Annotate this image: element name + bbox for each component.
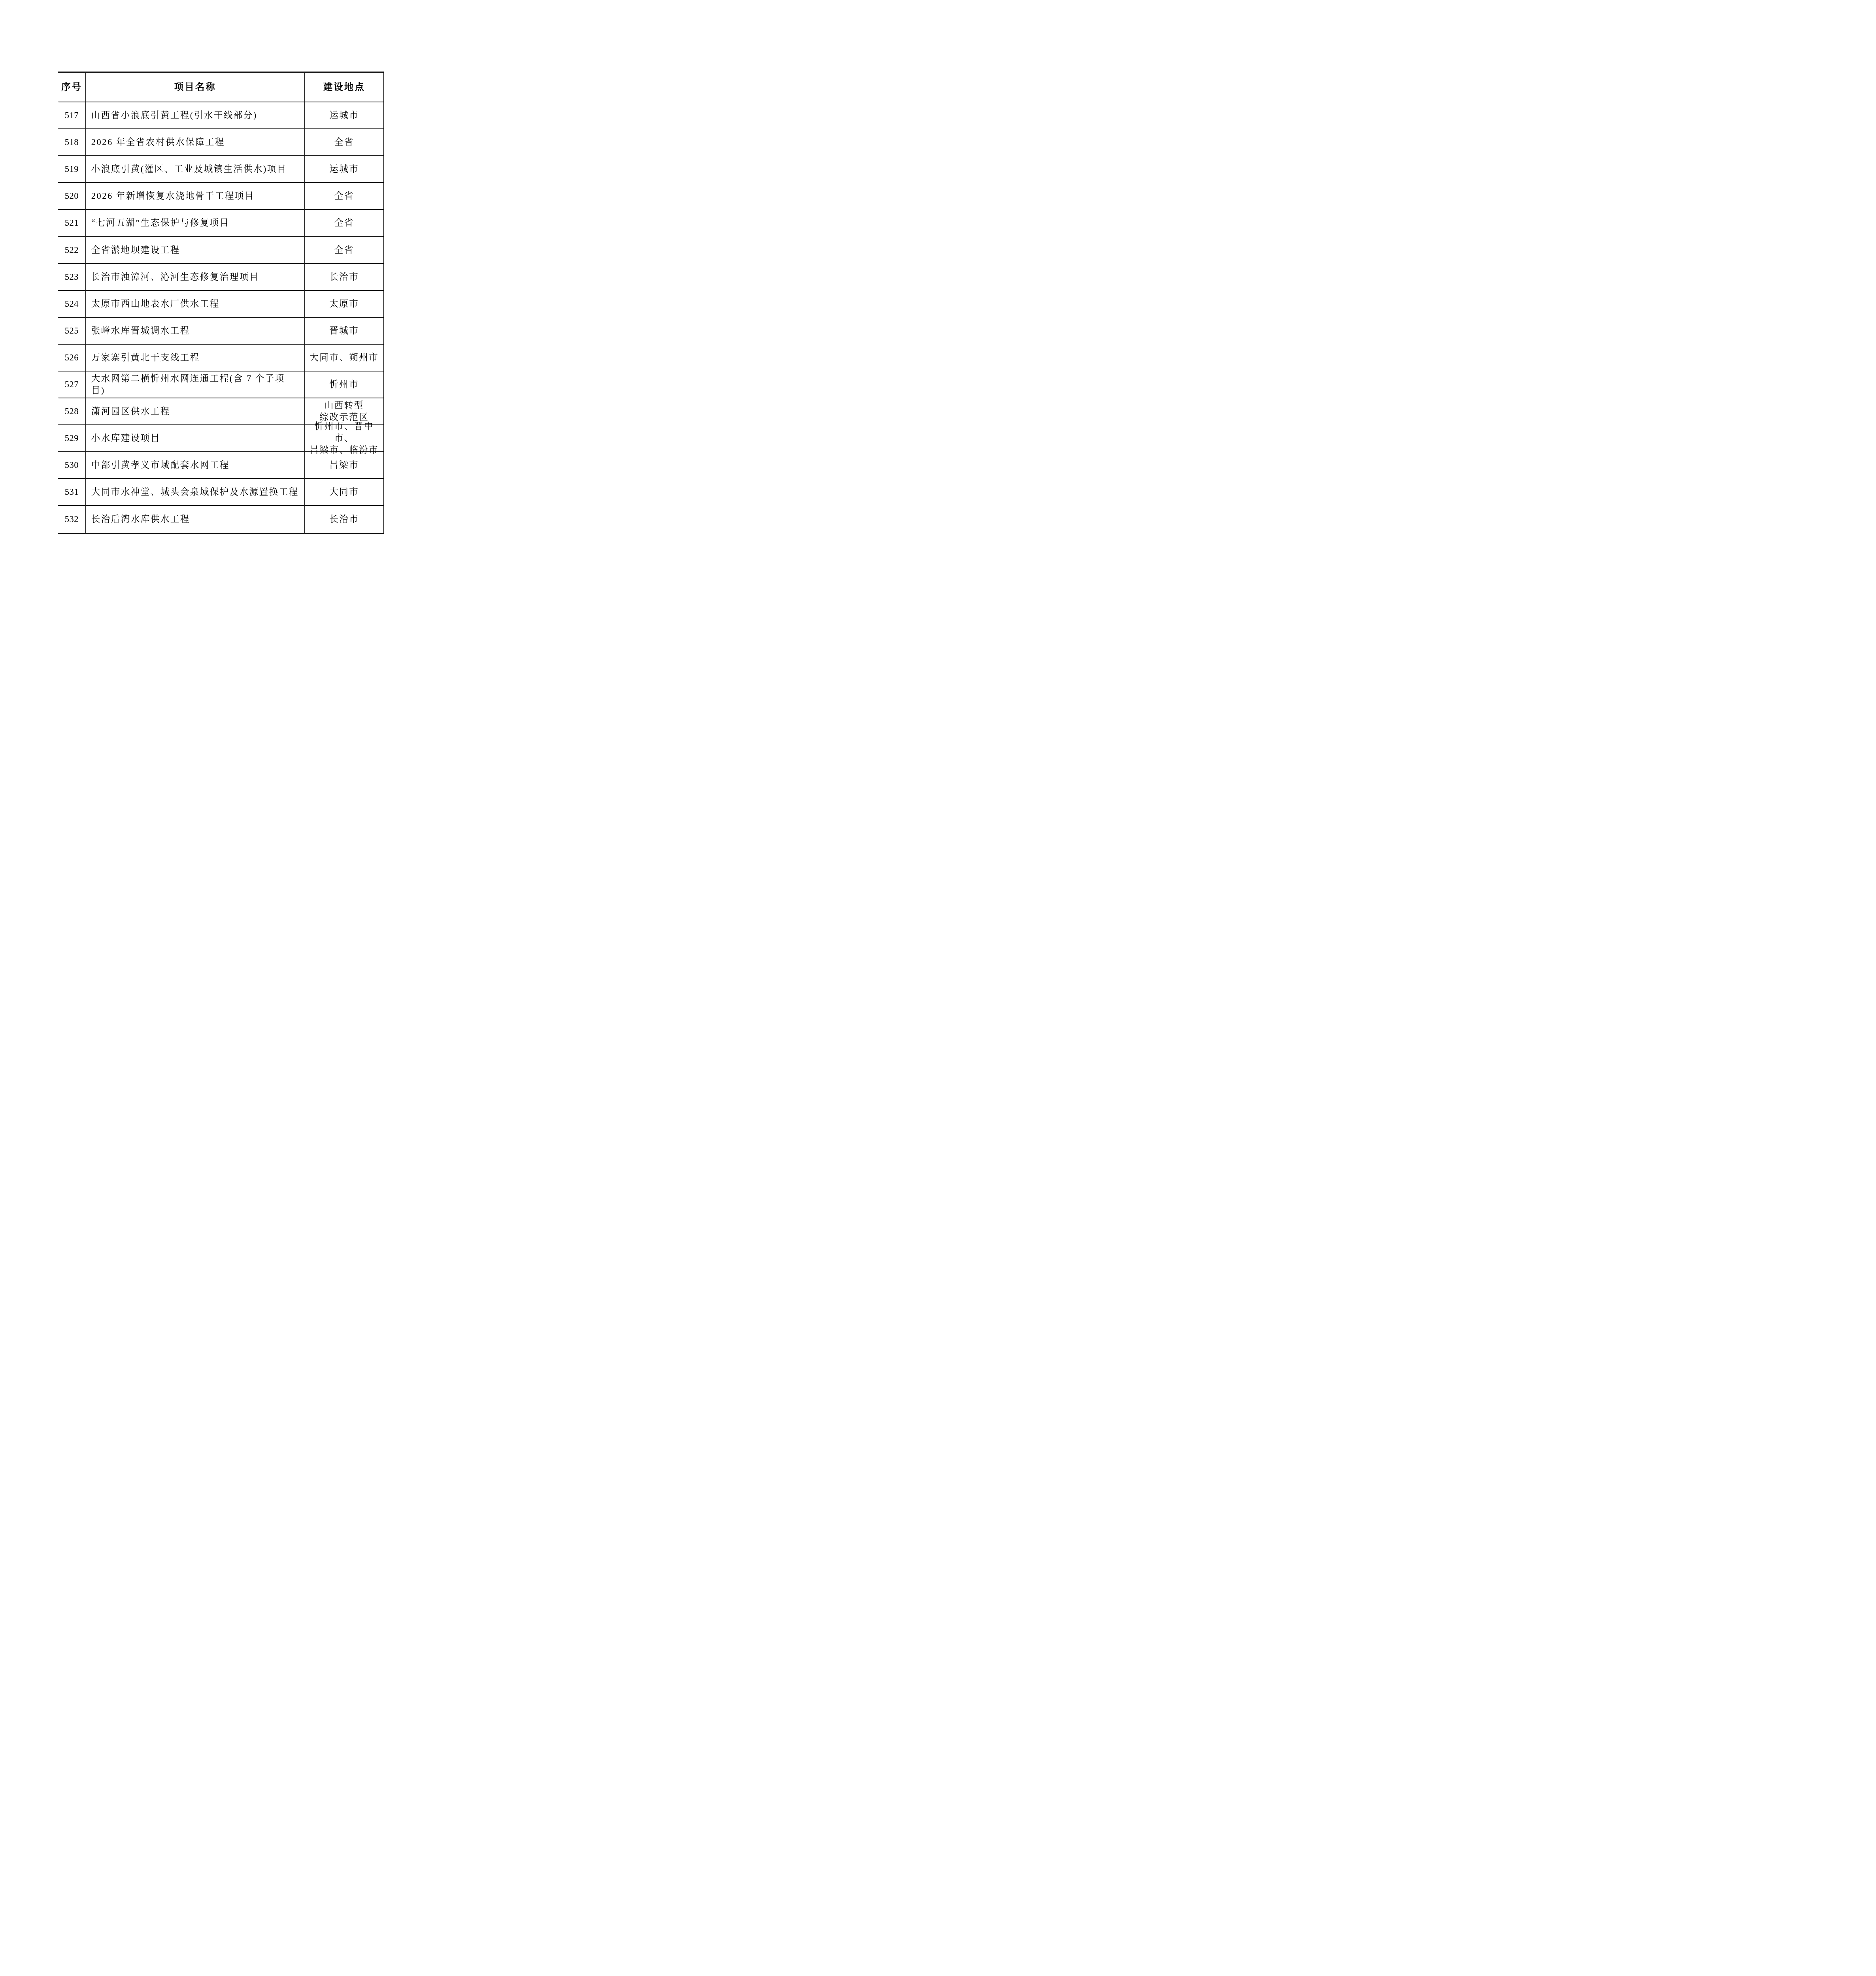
location-cell: 吕梁市	[305, 452, 383, 478]
table-row: 526 万家寨引黄北干支线工程 大同市、朔州市	[58, 345, 383, 371]
table-row: 517 山西省小浪底引黄工程(引水干线部分) 运城市	[58, 102, 383, 129]
serial-number-cell: 530	[58, 452, 86, 478]
header-serial-number: 序号	[58, 73, 86, 102]
project-name-cell: 2026 年全省农村供水保障工程	[86, 129, 305, 155]
project-name-cell: 长治后湾水库供水工程	[86, 506, 305, 533]
serial-number-cell: 522	[58, 237, 86, 263]
table-row: 522 全省淤地坝建设工程 全省	[58, 237, 383, 264]
header-project-name: 项目名称	[86, 73, 305, 102]
location-cell: 全省	[305, 129, 383, 155]
location-cell: 忻州市	[305, 371, 383, 398]
table-row: 532 长治后湾水库供水工程 长治市	[58, 506, 383, 533]
table-row: 525 张峰水库晋城调水工程 晋城市	[58, 318, 383, 345]
location-cell: 长治市	[305, 264, 383, 290]
project-name-cell: 长治市浊漳河、沁河生态修复治理项目	[86, 264, 305, 290]
location-cell: 长治市	[305, 506, 383, 533]
project-name-cell: 太原市西山地表水厂供水工程	[86, 291, 305, 317]
serial-number-cell: 526	[58, 345, 86, 371]
serial-number-cell: 528	[58, 398, 86, 424]
table-row: 519 小浪底引黄(灌区、工业及城镇生活供水)项目 运城市	[58, 156, 383, 183]
serial-number-cell: 525	[58, 318, 86, 344]
location-cell: 大同市	[305, 479, 383, 505]
project-name-cell: 大水网第二横忻州水网连通工程(含 7 个子项 目)	[86, 371, 305, 398]
serial-number-cell: 519	[58, 156, 86, 182]
serial-number-cell: 520	[58, 183, 86, 209]
table-row: 521 “七河五湖”生态保护与修复项目 全省	[58, 210, 383, 237]
project-name-cell: 小浪底引黄(灌区、工业及城镇生活供水)项目	[86, 156, 305, 182]
table-row: 529 小水库建设项目 忻州市、晋中市、 吕梁市、临汾市	[58, 425, 383, 452]
location-cell: 太原市	[305, 291, 383, 317]
table-row: 531 大同市水神堂、城头会泉域保护及水源置换工程 大同市	[58, 479, 383, 506]
table-row: 530 中部引黄孝义市域配套水网工程 吕梁市	[58, 452, 383, 479]
serial-number-cell: 524	[58, 291, 86, 317]
serial-number-cell: 521	[58, 210, 86, 236]
location-cell: 全省	[305, 183, 383, 209]
project-name-cell: 万家寨引黄北干支线工程	[86, 345, 305, 371]
serial-number-cell: 523	[58, 264, 86, 290]
project-name-cell: 中部引黄孝义市域配套水网工程	[86, 452, 305, 478]
table-row: 523 长治市浊漳河、沁河生态修复治理项目 长治市	[58, 264, 383, 291]
projects-table: 序号 项目名称 建设地点 517 山西省小浪底引黄工程(引水干线部分) 运城市 …	[58, 72, 384, 534]
table-row: 524 太原市西山地表水厂供水工程 太原市	[58, 291, 383, 318]
table-row: 518 2026 年全省农村供水保障工程 全省	[58, 129, 383, 156]
location-cell: 全省	[305, 237, 383, 263]
project-name-cell: 张峰水库晋城调水工程	[86, 318, 305, 344]
table-row: 527 大水网第二横忻州水网连通工程(含 7 个子项 目) 忻州市	[58, 371, 383, 398]
serial-number-cell: 527	[58, 371, 86, 398]
serial-number-cell: 517	[58, 102, 86, 128]
project-name-cell: “七河五湖”生态保护与修复项目	[86, 210, 305, 236]
header-construction-location: 建设地点	[305, 73, 383, 102]
location-cell: 运城市	[305, 156, 383, 182]
table-row: 520 2026 年新增恢复水浇地骨干工程项目 全省	[58, 183, 383, 210]
serial-number-cell: 532	[58, 506, 86, 533]
table-header-row: 序号 项目名称 建设地点	[58, 73, 383, 102]
location-cell: 晋城市	[305, 318, 383, 344]
project-name-cell: 大同市水神堂、城头会泉域保护及水源置换工程	[86, 479, 305, 505]
location-cell: 大同市、朔州市	[305, 345, 383, 371]
location-cell: 全省	[305, 210, 383, 236]
document-page: 序号 项目名称 建设地点 517 山西省小浪底引黄工程(引水干线部分) 运城市 …	[0, 0, 435, 609]
serial-number-cell: 531	[58, 479, 86, 505]
project-name-cell: 小水库建设项目	[86, 425, 305, 451]
project-name-cell: 山西省小浪底引黄工程(引水干线部分)	[86, 102, 305, 128]
project-name-cell: 2026 年新增恢复水浇地骨干工程项目	[86, 183, 305, 209]
project-name-cell: 全省淤地坝建设工程	[86, 237, 305, 263]
serial-number-cell: 529	[58, 425, 86, 451]
location-cell: 运城市	[305, 102, 383, 128]
location-cell: 忻州市、晋中市、 吕梁市、临汾市	[305, 425, 383, 451]
serial-number-cell: 518	[58, 129, 86, 155]
project-name-cell: 潇河园区供水工程	[86, 398, 305, 424]
